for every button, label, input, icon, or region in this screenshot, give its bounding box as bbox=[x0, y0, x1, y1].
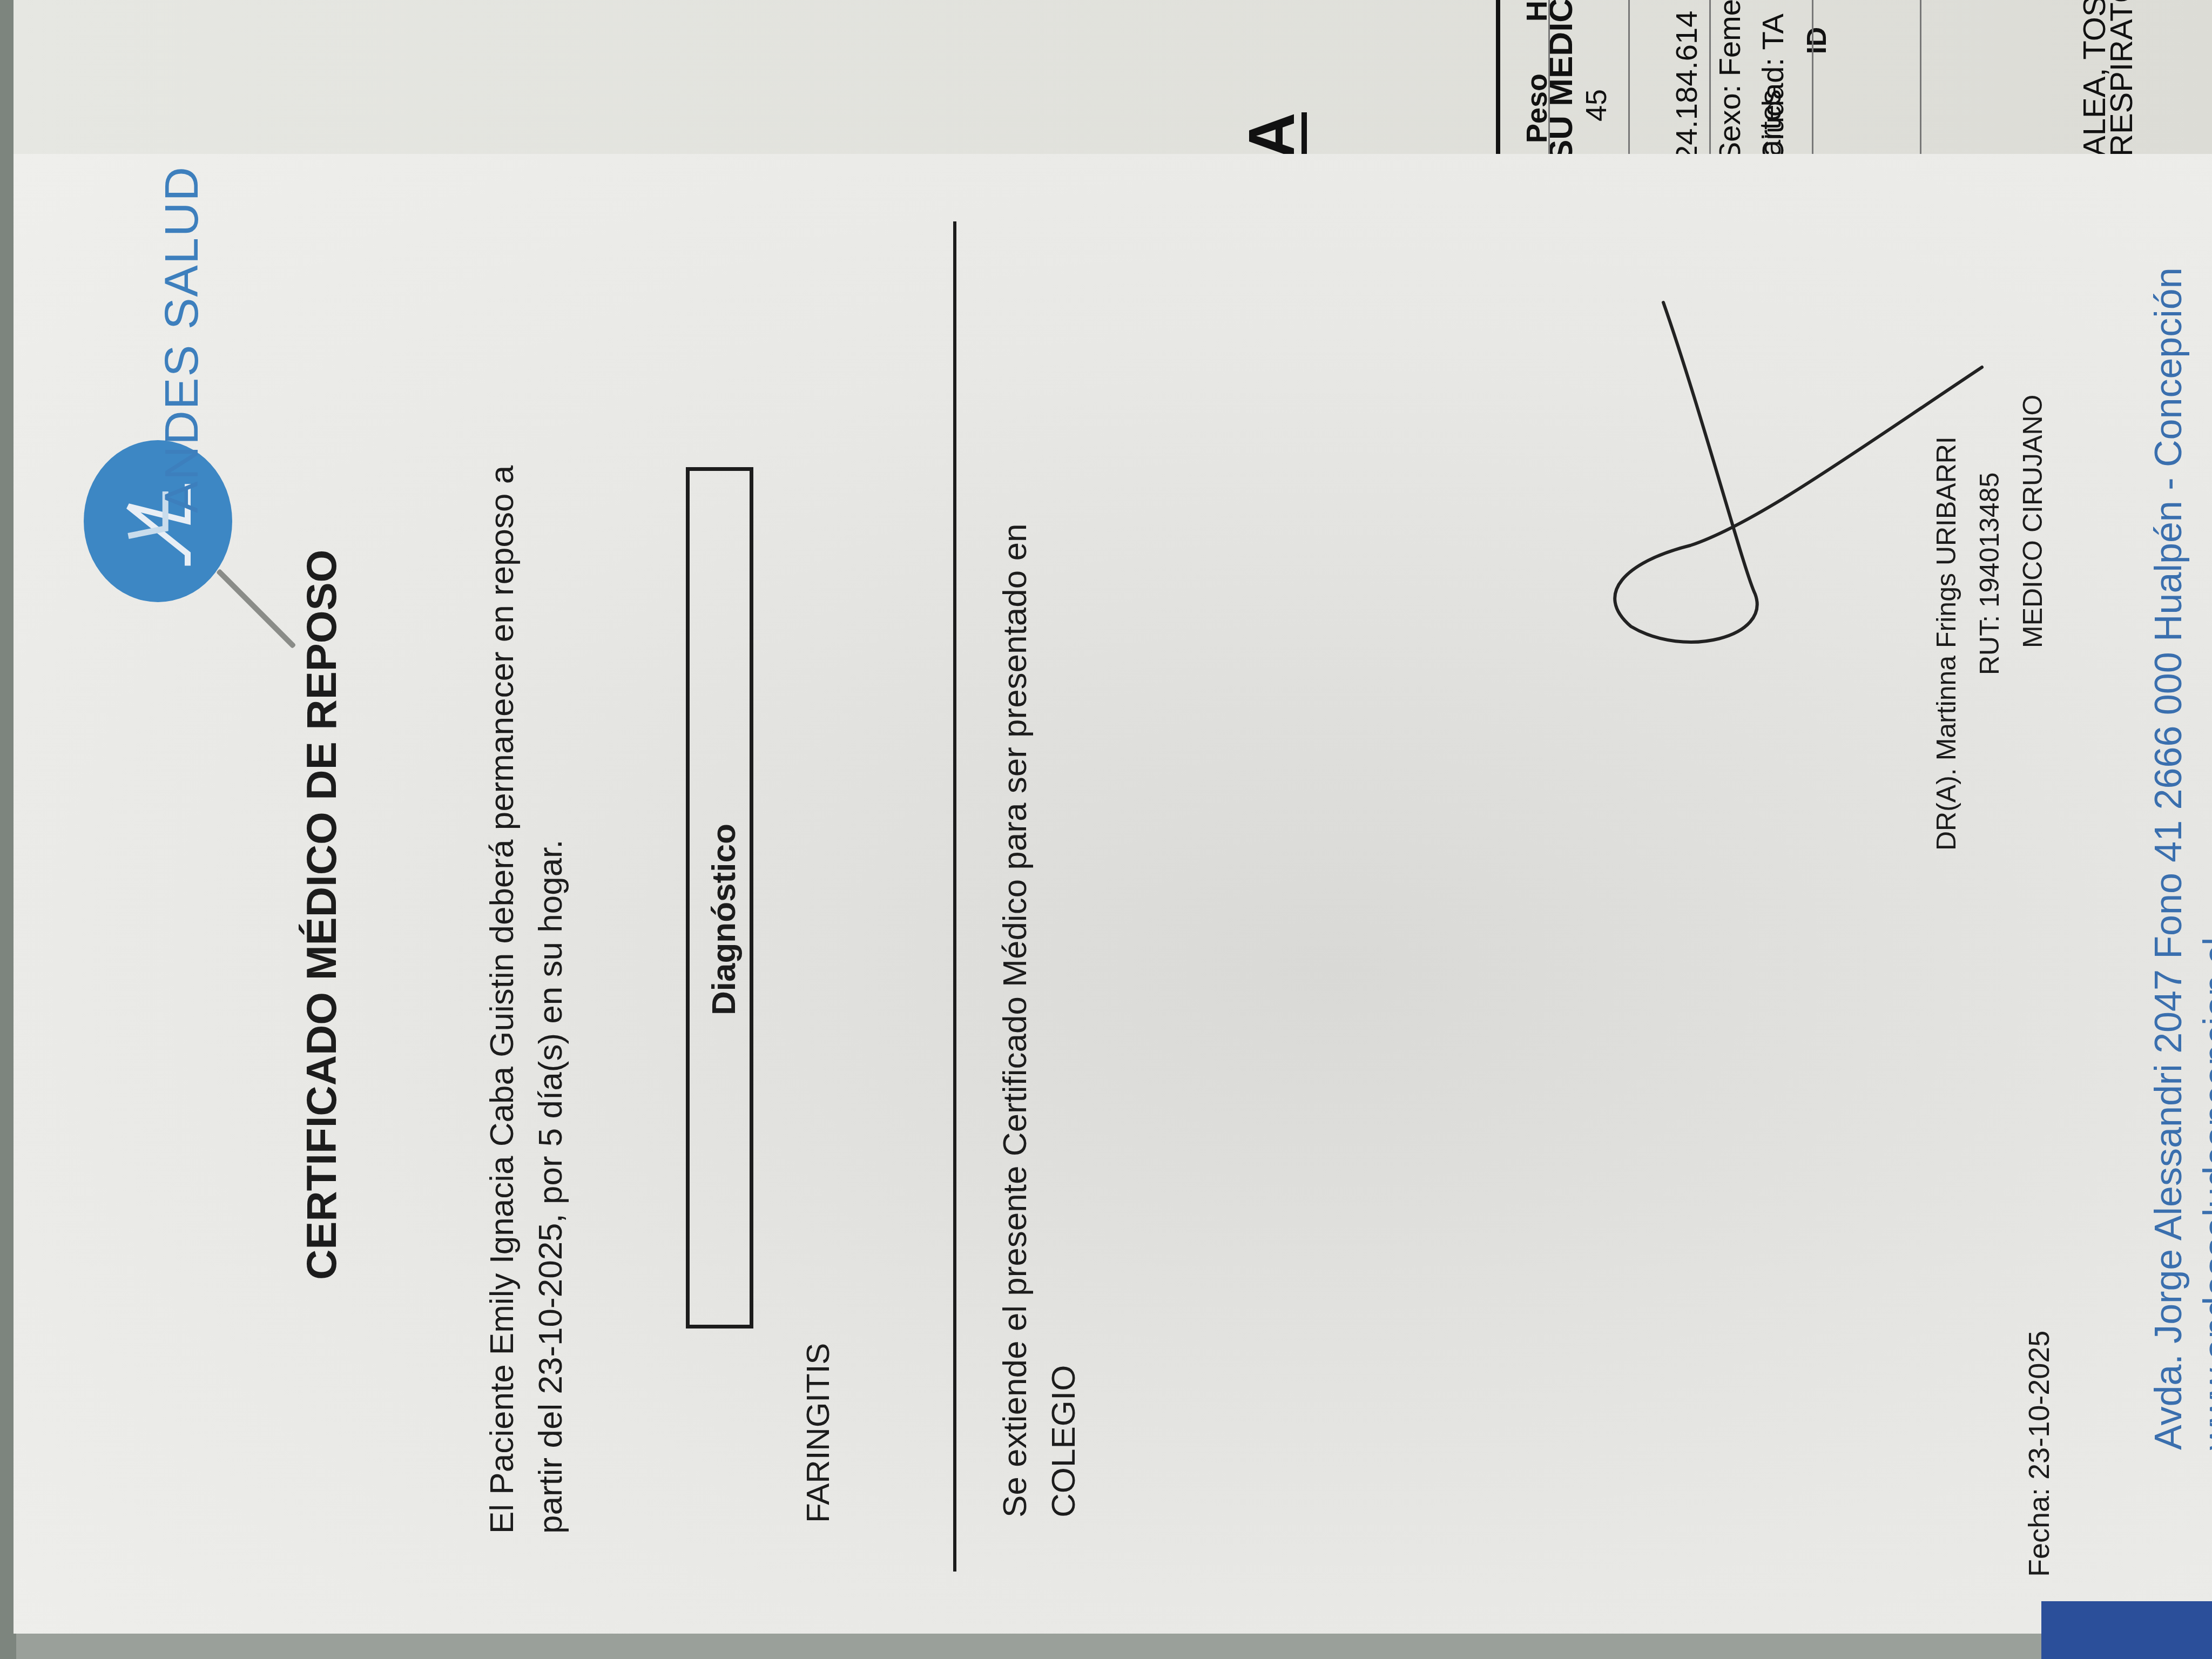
background-heading: A bbox=[1242, 112, 1307, 159]
background-table-line bbox=[1812, 0, 1813, 157]
rest-paragraph-line-2: partir del 23-10-2025, por 5 día(s) en s… bbox=[527, 466, 575, 1534]
diagnosis-value: FARINGITIS bbox=[799, 1343, 837, 1523]
background-partes: artes bbox=[1752, 90, 1788, 157]
background-symptoms-2: RESPIRATO bbox=[2103, 0, 2140, 157]
document-title: CERTIFICADO MÉDICO DE REPOSO bbox=[297, 550, 346, 1280]
doctor-rut: RUT: 194013485 bbox=[1974, 473, 2005, 675]
purpose-statement-line-1: Se extiende el presente Certificado Médi… bbox=[991, 524, 1040, 1518]
brand-name: ANDES SALUD bbox=[154, 166, 209, 513]
background-table-line bbox=[1548, 0, 1550, 157]
issue-date: Fecha: 23-10-2025 bbox=[2022, 1331, 2056, 1577]
diagnosis-label: Diagnóstico bbox=[705, 824, 743, 1015]
purpose-statement-line-2: COLEGIO bbox=[1040, 524, 1088, 1518]
rest-paragraph-line-1: El Paciente Emily Ignacia Caba Guistin d… bbox=[478, 466, 527, 1534]
background-table-line bbox=[1628, 0, 1630, 157]
background-document: A SU MEDICO 24.184.614 Sexo: Feme Ciudad… bbox=[14, 0, 2212, 167]
purpose-statement: Se extiende el presente Certificado Médi… bbox=[991, 524, 1088, 1518]
doctor-title: MEDICO CIRUJANO bbox=[2017, 395, 2048, 648]
background-table-cell-peso: 45 bbox=[1580, 89, 1613, 122]
footer-address: Avda. Jorge Alessandri 2047 Fono 41 2666… bbox=[2147, 267, 2190, 1450]
footer-website: www.andessaludconcepcion.cl bbox=[2195, 938, 2212, 1450]
section-divider bbox=[953, 221, 956, 1572]
background-table-line bbox=[1709, 0, 1711, 157]
blue-folder-edge bbox=[2041, 1601, 2212, 1659]
background-rut: 24.184.614 bbox=[1669, 11, 1704, 162]
background-table-line bbox=[1920, 0, 1921, 157]
doctor-name: DR(A). Martinna Frings URIBARRI bbox=[1931, 436, 1962, 851]
rest-paragraph: El Paciente Emily Ignacia Caba Guistin d… bbox=[478, 466, 575, 1534]
background-id: ID bbox=[1801, 27, 1832, 54]
background-divider bbox=[1496, 0, 1500, 162]
background-sexo: Sexo: Feme bbox=[1712, 0, 1747, 162]
